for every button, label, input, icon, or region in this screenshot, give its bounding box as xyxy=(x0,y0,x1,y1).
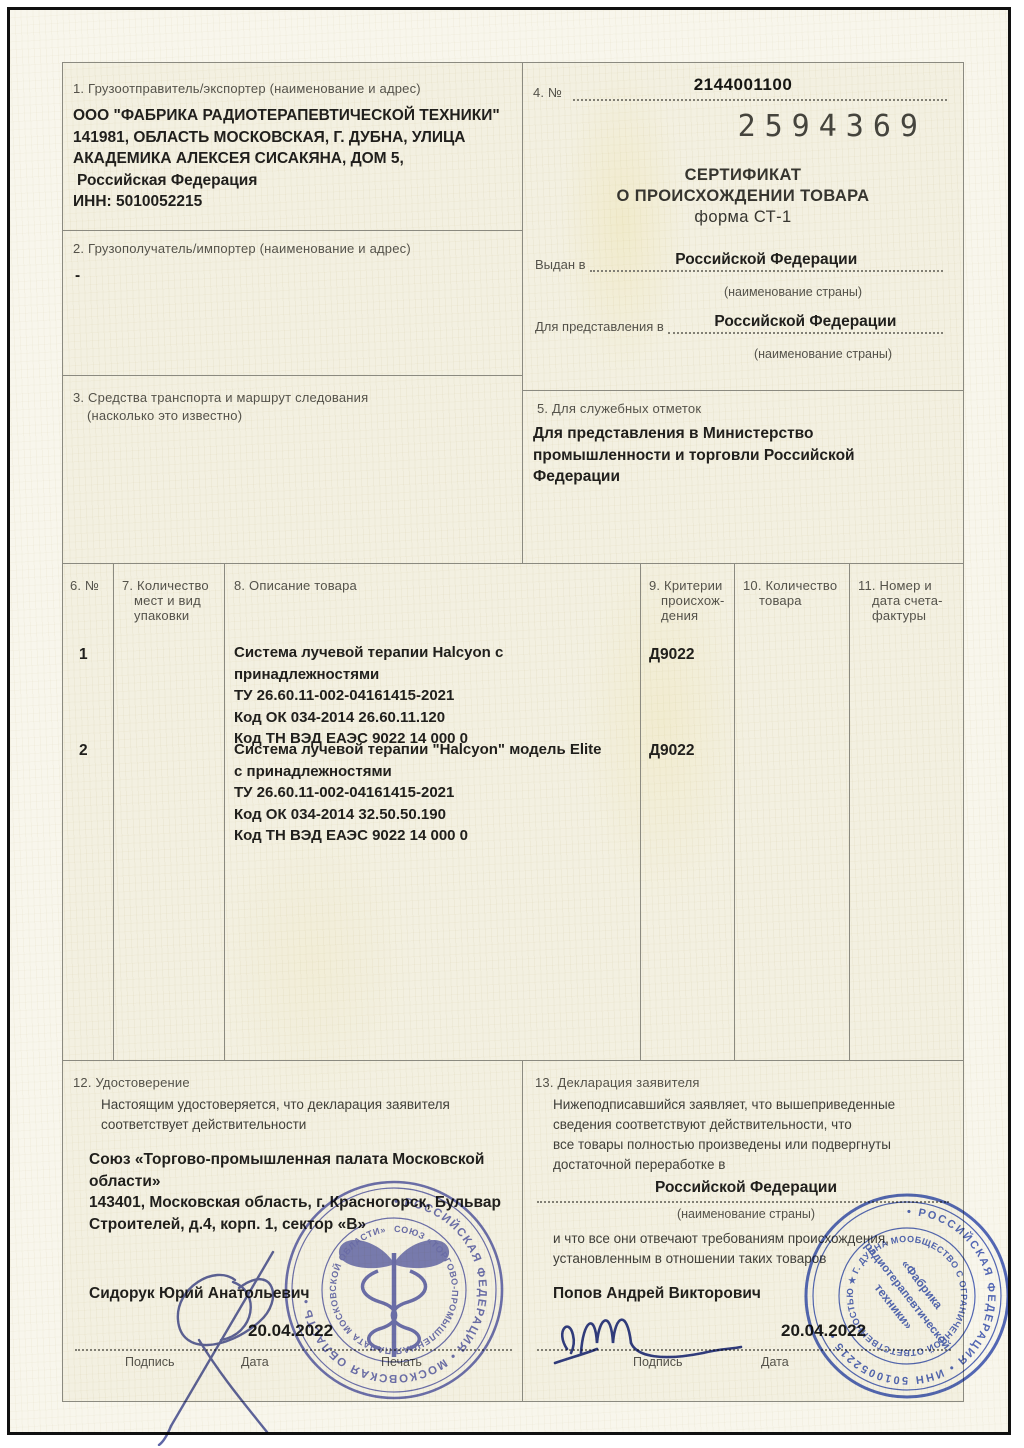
presented-to-value: Российской Федерации xyxy=(668,313,943,334)
row-1-description: Система лучевой терапии Halcyon с принад… xyxy=(234,642,636,750)
header-10-line2: товара xyxy=(743,593,837,608)
header-7: 7. Количество мест и вид упаковки xyxy=(122,578,209,623)
issued-in-value: Российской Федерации xyxy=(590,251,943,272)
exporter-country: Российская Федерация xyxy=(73,170,514,192)
box-1-label: 1. Грузоотправитель/экспортер (наименова… xyxy=(73,81,421,96)
box-4-certificate-number: 4. № 2144001100 2594369 СЕРТИФИКАТ О ПРО… xyxy=(523,63,963,391)
org-line1: Союз «Торгово-промышленная палата Москов… xyxy=(89,1149,516,1171)
header-9: 9. Критерии происхож- дения xyxy=(649,578,725,623)
exporter-name: ООО "ФАБРИКА РАДИОТЕРАПЕВТИЧЕСКОЙ ТЕХНИК… xyxy=(73,105,514,127)
column-10-quantity: 10. Количество товара xyxy=(735,564,850,1060)
header-9-line3: дения xyxy=(649,608,725,623)
row-2-number: 2 xyxy=(79,740,88,762)
header-9-line2: происхож- xyxy=(649,593,725,608)
column-6-number: 6. № 1 2 xyxy=(63,564,114,1060)
chamber-of-commerce-stamp: • РОССИЙСКАЯ ФЕДЕРАЦИЯ • МОСКОВСКАЯ ОБЛА… xyxy=(279,1175,509,1405)
header-6: 6. № xyxy=(70,578,99,593)
company-stamp: • РОССИЙСКАЯ ФЕДЕРАЦИЯ • ИНН 5010052215 … xyxy=(800,1189,1015,1404)
header-9-line1: 9. Критерии xyxy=(649,578,725,593)
row-2-desc-line4: Код ОК 034-2014 32.50.50.190 xyxy=(234,804,636,826)
row-2-desc-line2: с принадлежностями xyxy=(234,761,636,783)
column-7-packages: 7. Количество мест и вид упаковки xyxy=(114,564,225,1060)
title-line-2: О ПРОИСХОЖДЕНИИ ТОВАРА xyxy=(523,186,963,207)
box-2-consignee: 2. Грузополучатель/импортер (наименовани… xyxy=(63,231,523,376)
row-2-desc-line5: Код ТН ВЭД ЕАЭС 9022 14 000 0 xyxy=(234,825,636,847)
column-8-description: 8. Описание товара Система лучевой терап… xyxy=(225,564,641,1060)
presented-to-label: Для представления в xyxy=(535,319,668,334)
official-marks-line1: Для представления в Министерство xyxy=(533,423,953,445)
box-13-statement-line1: Нижеподписавшийся заявляет, что вышеприв… xyxy=(553,1095,957,1115)
header-11-line1: 11. Номер и xyxy=(858,578,943,593)
row-1-desc-line4: Код ОК 034-2014 26.60.11.120 xyxy=(234,707,636,729)
box-13-statement-line4: достаточной переработке в xyxy=(553,1155,957,1175)
row-1-number: 1 xyxy=(79,644,88,666)
consignee-value: - xyxy=(75,265,80,287)
box-12-statement-line1: Настоящим удостоверяется, что декларация… xyxy=(101,1095,514,1115)
row-2-desc-line3: ТУ 26.60.11-002-04161415-2021 xyxy=(234,782,636,804)
box-5-official-marks: 5. Для служебных отметок Для представлен… xyxy=(523,391,963,563)
header-7-line2: мест и вид xyxy=(122,593,209,608)
declarant-signature xyxy=(551,1291,761,1371)
box-13-statement-line3: все товары полностью произведены или под… xyxy=(553,1135,957,1155)
header-10-line1: 10. Количество xyxy=(743,578,837,593)
header-10: 10. Количество товара xyxy=(743,578,837,608)
box-13-statement-line2: сведения соответствуют действительности,… xyxy=(553,1115,957,1135)
box-5-label: 5. Для служебных отметок xyxy=(537,401,701,416)
presented-to-hint: (наименование страны) xyxy=(703,347,943,361)
box-1-exporter: 1. Грузоотправитель/экспортер (наименова… xyxy=(63,63,523,231)
column-11-invoice: 11. Номер и дата счета- фактуры xyxy=(850,564,963,1060)
certificate-title: СЕРТИФИКАТ О ПРОИСХОЖДЕНИИ ТОВАРА форма … xyxy=(523,165,963,228)
header-11-line3: фактуры xyxy=(858,608,943,623)
exporter-inn: ИНН: 5010052215 xyxy=(73,191,514,213)
column-9-criteria: 9. Критерии происхож- дения Д9022 Д9022 xyxy=(641,564,735,1060)
row-2-description: Система лучевой терапии "Halcyon" модель… xyxy=(234,739,636,847)
official-marks-line3: Федерации xyxy=(533,466,953,488)
title-line-3: форма СТ-1 xyxy=(523,207,963,228)
box-13-label: 13. Декларация заявителя xyxy=(535,1075,700,1090)
company-stamp-center-text: «Фабрика радиотерапевтической техники» xyxy=(847,1228,968,1363)
header-7-line3: упаковки xyxy=(122,608,209,623)
certificate-form-number: 2144001100 xyxy=(523,75,963,95)
box-5-content: Для представления в Министерство промышл… xyxy=(533,423,953,488)
box-12-statement: Настоящим удостоверяется, что декларация… xyxy=(101,1095,514,1135)
header-8: 8. Описание товара xyxy=(234,578,357,593)
box-1-content: ООО "ФАБРИКА РАДИОТЕРАПЕВТИЧЕСКОЙ ТЕХНИК… xyxy=(73,105,514,213)
box-12-statement-line2: соответствует действительности xyxy=(101,1115,514,1135)
presented-to-field: Для представления в Российской Федерации xyxy=(535,313,943,334)
date-caption: Дата xyxy=(761,1355,789,1369)
row-1-criteria: Д9022 xyxy=(649,644,695,666)
title-line-1: СЕРТИФИКАТ xyxy=(523,165,963,186)
certificate-form: 1. Грузоотправитель/экспортер (наименова… xyxy=(62,62,964,1402)
official-marks-line2: промышленности и торговли Российской xyxy=(533,445,953,467)
goods-table: 6. № 1 2 7. Количество мест и вид упаков… xyxy=(63,563,963,1061)
header-11-line2: дата счета- xyxy=(858,593,943,608)
row-1-desc-line1: Система лучевой терапии Halcyon с xyxy=(234,642,636,664)
row-2-desc-line1: Система лучевой терапии "Halcyon" модель… xyxy=(234,739,636,761)
header-7-line1: 7. Количество xyxy=(122,578,209,593)
header-11: 11. Номер и дата счета- фактуры xyxy=(858,578,943,623)
certificate-serial-number: 2594369 xyxy=(738,109,927,144)
issued-in-hint: (наименование страны) xyxy=(643,285,943,299)
issued-in-field: Выдан в Российской Федерации xyxy=(535,251,943,272)
exporter-address-line2: АКАДЕМИКА АЛЕКСЕЯ СИСАКЯНА, ДОМ 5, xyxy=(73,148,514,170)
issued-in-label: Выдан в xyxy=(535,257,590,272)
box-3-label-line2: (насколько это известно) xyxy=(87,408,242,423)
box-12-label: 12. Удостоверение xyxy=(73,1075,190,1090)
box-3-label-line1: 3. Средства транспорта и маршрут следова… xyxy=(73,390,368,405)
box-2-label: 2. Грузополучатель/импортер (наименовани… xyxy=(73,241,411,256)
scanned-certificate-page: { "header": { "box1_label": "1. Грузоотп… xyxy=(0,0,1024,1448)
exporter-address-line1: 141981, ОБЛАСТЬ МОСКОВСКАЯ, Г. ДУБНА, УЛ… xyxy=(73,127,514,149)
box-3-transport: 3. Средства транспорта и маршрут следова… xyxy=(63,376,523,563)
row-2-criteria: Д9022 xyxy=(649,740,695,762)
row-1-desc-line2: принадлежностями xyxy=(234,664,636,686)
row-1-desc-line3: ТУ 26.60.11-002-04161415-2021 xyxy=(234,685,636,707)
box-13-statement: Нижеподписавшийся заявляет, что вышеприв… xyxy=(553,1095,957,1175)
